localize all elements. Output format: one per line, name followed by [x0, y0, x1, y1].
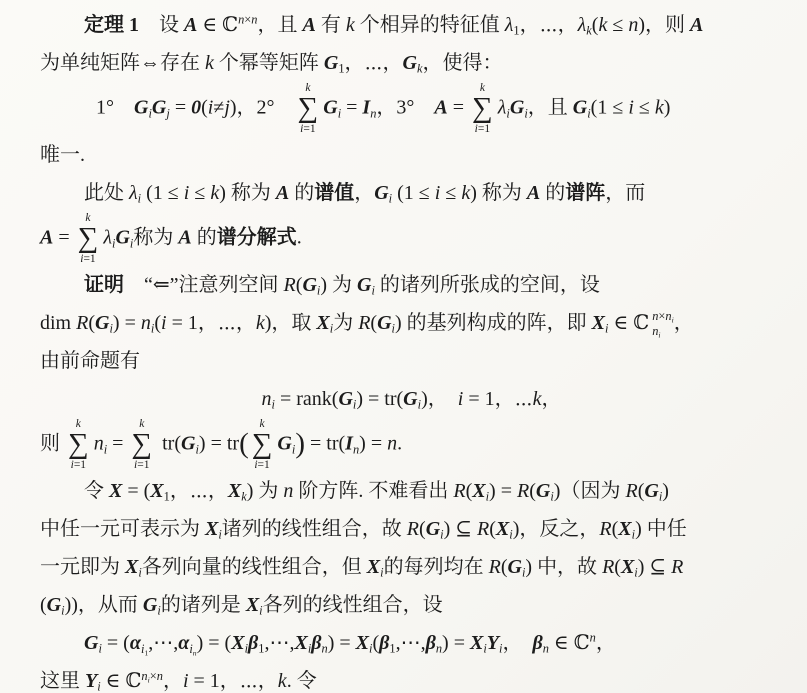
math-matrix-symbol: A [434, 97, 447, 119]
math-matrix-symbol: G [338, 388, 352, 410]
math-variable: λ [578, 14, 587, 36]
text-line: 此处 λi (1 ≤ i ≤ k) 称为 A 的谱值，Gi (1 ≤ i ≤ k… [40, 174, 783, 212]
text-run: 存在 [160, 52, 205, 74]
math-variable: R [625, 480, 637, 502]
math-matrix-symbol: α [130, 632, 141, 654]
math-matrix-symbol: G [426, 518, 440, 540]
math-roman: 1° [96, 97, 134, 119]
text-line: 定理 1 设 A ∈ ℂn×n，且 A 有 k 个相异的特征值 λ1，⋯，λk(… [40, 6, 783, 44]
text-run: ，且 [257, 14, 302, 36]
math-roman: 3° [396, 97, 434, 119]
math-matrix-symbol: X [496, 518, 509, 540]
math-matrix-symbol: A [40, 227, 53, 249]
math-variable: n [628, 14, 638, 36]
math-roman: ( [419, 518, 426, 540]
text-run: ，取 [271, 312, 316, 334]
math-roman: ( [614, 556, 621, 578]
summation-symbol: k∑i=1 [131, 418, 152, 472]
math-variable: n [283, 480, 293, 502]
math-roman: ≤ [440, 182, 461, 204]
math-matrix-symbol: G [573, 97, 587, 119]
math-matrix-symbol: G [143, 594, 157, 616]
math-roman: ) [662, 480, 669, 502]
sigma-glyph: ∑ [298, 95, 319, 123]
math-matrix-symbol: G [84, 632, 98, 654]
math-matrix-symbol: G [510, 97, 524, 119]
sigma-glyph: ∑ [68, 431, 89, 459]
math-matrix-symbol: X [228, 480, 241, 502]
math-roman: =1 [74, 459, 86, 471]
text-run: 为 [333, 312, 358, 334]
math-matrix-symbol: Y [85, 670, 97, 692]
summation-lower-limit: i=1 [475, 123, 490, 136]
math-variable: n [141, 312, 151, 334]
math-variable: n [262, 388, 272, 410]
text-run: 的诸列所张成的空间，设 [375, 274, 600, 296]
text-run: . 令 [287, 670, 317, 692]
math-matrix-symbol: β [426, 632, 436, 654]
math-roman: ) = [113, 312, 141, 334]
text-run: 中，故 [532, 556, 602, 578]
text-run: ， [596, 632, 616, 654]
math-roman: ) = [489, 480, 517, 502]
text-run: ， [541, 388, 561, 410]
text-line: dim R(Gi) = ni(i = 1，⋯，k)，取 Xi为 R(Gi) 的基… [40, 304, 783, 342]
text-line: 唯一. [40, 136, 783, 174]
math-roman: ≠ [213, 97, 224, 119]
big-paren: ( [239, 427, 249, 459]
math-roman: ) = [328, 632, 356, 654]
math-roman: ( [40, 594, 47, 616]
text-run: 的 [289, 182, 314, 204]
text-run: 称为 [231, 182, 276, 204]
bold-text-run: 谱值 [314, 182, 354, 204]
text-run: 的 [192, 227, 217, 249]
math-roman: tr( [157, 433, 181, 455]
sigma-glyph: ∑ [252, 431, 273, 459]
math-roman: =1 [258, 459, 270, 471]
math-roman: ≤ [189, 182, 210, 204]
math-matrix-symbol: G [403, 52, 417, 74]
math-roman: = ( [102, 632, 130, 654]
math-roman: ) [664, 97, 671, 119]
math-matrix-symbol: X [470, 632, 483, 654]
math-matrix-symbol: α [178, 632, 189, 654]
math-roman: ( [154, 312, 161, 334]
text-line: 这里 Yi ∈ ℂni×n，i = 1，⋯，k. 令 [40, 662, 783, 693]
math-variable: R [284, 274, 296, 296]
text-run: 的基列构成的阵，即 [402, 312, 592, 334]
text-run: 此处 [84, 182, 129, 204]
text-run: ，使得： [423, 52, 503, 74]
text-line: 为单纯矩阵⇔存在 k 个幂等矩阵 G1，⋯，Gk，使得： [40, 44, 783, 82]
math-roman: ⇔ [140, 52, 160, 74]
math-matrix-symbol: G [536, 480, 550, 502]
math-roman: ) [421, 388, 428, 410]
math-matrix-symbol: X [294, 632, 307, 654]
text-run: ，从而 [78, 594, 143, 616]
text-run: ，⋯， [198, 312, 256, 334]
text-line: 1° GiGj = 0(i≠j)，2° k∑i=1Gi = In，3° A = … [96, 82, 783, 136]
text-run: 的诸列是 [161, 594, 246, 616]
bold-text-run: 证明 [84, 274, 124, 296]
text-run: 中任 [642, 518, 687, 540]
summation-lower-limit: i=1 [300, 123, 315, 136]
math-roman: = [53, 227, 74, 249]
text-run: ，且 [528, 97, 573, 119]
text-line: 由前命题有 [40, 342, 783, 380]
text-run: （因为 [560, 480, 625, 502]
math-roman: × [150, 669, 157, 683]
math-roman: ) = [442, 632, 470, 654]
text-run: ，⋯， [220, 670, 278, 692]
math-variable: R [358, 312, 370, 334]
math-roman: ∈ ℂ [197, 14, 238, 36]
math-roman: ( [201, 97, 208, 119]
math-roman: ,⋯, [148, 632, 178, 654]
summation-lower-limit: i=1 [134, 459, 149, 472]
math-roman: ,⋯, [396, 632, 426, 654]
math-roman: ≤ [634, 97, 655, 119]
math-variable: k [598, 14, 607, 36]
math-matrix-symbol: X [150, 480, 163, 502]
math-matrix-symbol: G [644, 480, 658, 502]
math-matrix-symbol: G [152, 97, 166, 119]
math-matrix-symbol: X [109, 480, 122, 502]
text-run: 阶方阵. 不难看出 [293, 480, 453, 502]
math-variable: k [655, 97, 664, 119]
math-roman: ) [219, 182, 231, 204]
math-matrix-symbol: A [690, 14, 703, 36]
math-variable: R [602, 556, 614, 578]
text-line: ni = rank(Gi) = tr(Gi)， i = 1，⋯k， [40, 380, 783, 418]
text-run: 称为 [133, 227, 178, 249]
math-matrix-symbol: G [134, 97, 148, 119]
math-roman: ,⋯, [264, 632, 294, 654]
text-run: 由前命题有 [40, 350, 140, 372]
bold-text-run: 谱分解式 [217, 227, 297, 249]
math-roman: )) [65, 594, 78, 616]
big-paren: ) [295, 427, 305, 459]
math-variable: n [387, 433, 397, 455]
math-roman: ≤ [607, 14, 628, 36]
math-variable: n [94, 433, 104, 455]
math-roman: =1 [83, 253, 95, 265]
text-run: ，则 [645, 14, 690, 36]
math-superscript: n×n [238, 13, 257, 27]
math-matrix-symbol: X [356, 632, 369, 654]
text-run: 诸列的线性组合，故 [222, 518, 407, 540]
math-matrix-symbol: X [316, 312, 329, 334]
text-run: 则 [40, 433, 65, 455]
text-line: 一元即为 Xi各列向量的线性组合，但 Xi的每列均在 R(Gi) 中，故 R(X… [40, 548, 783, 586]
math-matrix-symbol: G [115, 227, 129, 249]
summation-lower-limit: i=1 [254, 459, 269, 472]
math-variable: k [205, 52, 214, 74]
math-superscript: ni×n [141, 669, 163, 683]
math-matrix-symbol: β [379, 632, 389, 654]
math-roman: ∈ ℂ [101, 670, 142, 692]
math-roman: = ( [122, 480, 150, 502]
math-roman: (1 ≤ [392, 182, 435, 204]
math-roman: = [341, 97, 362, 119]
math-matrix-symbol: Y [487, 632, 499, 654]
math-roman: ) [638, 14, 645, 36]
math-variable: i [658, 331, 660, 340]
math-matrix-symbol: G [302, 274, 316, 296]
text-run: ， [674, 312, 694, 334]
math-matrix-symbol: G [324, 52, 338, 74]
math-matrix-symbol: β [311, 632, 321, 654]
math-matrix-symbol: I [345, 433, 353, 455]
text-run: ，⋯ [495, 388, 533, 410]
summation-symbol: k∑i=1 [472, 82, 493, 136]
math-variable: R [453, 480, 465, 502]
text-run: 中任一元可表示为 [40, 518, 205, 540]
math-roman: ⇐ [153, 274, 170, 296]
math-variable: λ [103, 227, 112, 249]
math-roman: ( [529, 480, 536, 502]
text-line: (Gi))，从而 Gi的诸列是 Xi各列的线性组合，设 [40, 586, 783, 624]
math-variable: λ [129, 182, 138, 204]
math-matrix-symbol: G [357, 274, 371, 296]
math-roman: ( [88, 312, 95, 334]
math-roman: =1 [478, 123, 490, 135]
text-run: ，而 [605, 182, 645, 204]
text-line: 中任一元可表示为 Xi诸列的线性组合，故 R(Gi) ⊆ R(Xi)，反之，R(… [40, 510, 783, 548]
summation-symbol: k∑i=1 [298, 82, 319, 136]
math-roman: ) ⊆ [444, 518, 477, 540]
math-matrix-symbol: A [178, 227, 191, 249]
math-roman: ) = ( [197, 632, 232, 654]
math-roman: (1 ≤ [141, 182, 184, 204]
math-matrix-symbol: β [532, 632, 542, 654]
math-roman: ) = [359, 433, 387, 455]
math-matrix-symbol: 0 [191, 97, 201, 119]
math-variable: R [489, 556, 501, 578]
math-roman: = 1 [189, 670, 220, 692]
text-run: ”注意列空间 [170, 274, 284, 296]
summation-symbol: k∑i=1 [68, 418, 89, 472]
math-variable: k [210, 182, 219, 204]
bold-text-run: 谱阵 [565, 182, 605, 204]
math-roman: dim [40, 312, 76, 334]
text-line: 证明 “⇐”注意列空间 R(Gi) 为 Gi 的诸列所张成的空间，设 [40, 266, 783, 304]
text-line: 令 X = (X1，⋯，Xk) 为 n 阶方阵. 不难看出 R(Xi) = R(… [40, 472, 783, 510]
math-matrix-symbol: G [403, 388, 417, 410]
math-matrix-symbol: X [367, 556, 380, 578]
text-run: ，⋯， [520, 14, 578, 36]
stack-subscript: ni [652, 324, 660, 340]
math-roman: = rank( [275, 388, 338, 410]
text-run: 的 [540, 182, 565, 204]
math-matrix-symbol: A [184, 14, 197, 36]
text-run: 令 [84, 480, 109, 502]
math-matrix-symbol: G [95, 312, 109, 334]
math-matrix-symbol: β [248, 632, 258, 654]
math-roman: . [397, 433, 402, 455]
math-variable: R [76, 312, 88, 334]
text-run: ，⋯， [345, 52, 403, 74]
text-run: . [297, 227, 302, 249]
math-roman: 2° [257, 97, 295, 119]
math-matrix-symbol: A [527, 182, 540, 204]
math-roman: ) = tr [199, 433, 239, 455]
text-run: 设 [139, 14, 184, 36]
math-roman: (1 ≤ [591, 97, 629, 119]
sigma-glyph: ∑ [472, 95, 493, 123]
sigma-glyph: ∑ [78, 225, 99, 253]
math-matrix-symbol: G [47, 594, 61, 616]
math-matrix-symbol: A [276, 182, 289, 204]
text-run: 个幂等矩阵 [214, 52, 324, 74]
text-line: 则 k∑i=1ni = k∑i=1 tr(Gi) = tr(k∑i=1Gi) =… [40, 418, 783, 472]
text-run: ，反之， [519, 518, 599, 540]
math-roman: ∈ ℂ [608, 312, 649, 334]
text-run: ，⋯， [170, 480, 228, 502]
summation-lower-limit: i=1 [80, 253, 95, 266]
text-run: “ [124, 274, 153, 296]
sigma-glyph: ∑ [131, 431, 152, 459]
math-matrix-symbol: G [377, 312, 391, 334]
text-run: 有 [316, 14, 346, 36]
math-roman: ) [635, 518, 642, 540]
math-variable: k [346, 14, 355, 36]
math-variable: R [407, 518, 419, 540]
math-roman: = [170, 97, 191, 119]
math-matrix-symbol: X [246, 594, 259, 616]
math-roman: ) [320, 274, 327, 296]
math-roman: = [107, 433, 128, 455]
math-variable: R [599, 518, 611, 540]
math-matrix-symbol: G [181, 433, 195, 455]
math-variable: k [461, 182, 470, 204]
text-line: A = k∑i=1λiGi称为 A 的谱分解式. [40, 212, 783, 266]
math-matrix-symbol: X [472, 480, 485, 502]
textbook-page: 定理 1 设 A ∈ ℂn×n，且 A 有 k 个相异的特征值 λ1，⋯，λk(… [0, 0, 807, 693]
text-run: 的每列均在 [384, 556, 489, 578]
math-roman: ) [230, 97, 237, 119]
math-roman: ) = tr( [356, 388, 403, 410]
math-roman: ( [489, 518, 496, 540]
text-run: ， [354, 182, 374, 204]
math-matrix-symbol: X [592, 312, 605, 334]
math-roman: = tr( [305, 433, 345, 455]
math-variable: k [278, 670, 287, 692]
math-roman: ) [395, 312, 402, 334]
math-sup-sub-stack: n×nini [652, 309, 674, 340]
text-run: ， [376, 97, 396, 119]
text-run: ， [237, 97, 257, 119]
math-variable: R [517, 480, 529, 502]
math-roman: ) ⊆ [638, 556, 671, 578]
math-roman: ) [470, 182, 482, 204]
math-matrix-symbol: X [205, 518, 218, 540]
summation-symbol: k∑i=1 [252, 418, 273, 472]
math-roman: =1 [303, 123, 315, 135]
math-roman: = [448, 97, 469, 119]
math-subscript: i [658, 331, 660, 340]
text-run: 个相异的特征值 [355, 14, 505, 36]
math-matrix-symbol: A [302, 14, 315, 36]
math-matrix-symbol: G [374, 182, 388, 204]
text-run: 称为 [482, 182, 527, 204]
math-roman: ∈ ℂ [549, 632, 590, 654]
math-matrix-symbol: X [231, 632, 244, 654]
stack-superscript: n×ni [652, 309, 674, 325]
math-matrix-symbol: G [323, 97, 337, 119]
math-matrix-symbol: X [621, 556, 634, 578]
text-line: Gi = (αi1,⋯,αin) = (Xiβ1,⋯,Xiβn) = Xi(β1… [84, 624, 783, 662]
text-run: 各列向量的线性组合，但 [142, 556, 367, 578]
math-roman: = 1 [463, 388, 494, 410]
text-run: ， [428, 388, 458, 410]
text-run: 一元即为 [40, 556, 125, 578]
text-run: 为 [253, 480, 283, 502]
summation-symbol: k∑i=1 [78, 212, 99, 266]
text-run: 为单纯矩阵 [40, 52, 140, 74]
text-run: ， [163, 670, 183, 692]
summation-lower-limit: i=1 [71, 459, 86, 472]
text-run: 这里 [40, 670, 85, 692]
math-variable: R [477, 518, 489, 540]
math-matrix-symbol: X [125, 556, 138, 578]
math-matrix-symbol: G [507, 556, 521, 578]
math-variable: k [256, 312, 265, 334]
text-run: ， [502, 632, 532, 654]
text-run: 为 [327, 274, 357, 296]
math-subscript: in [189, 642, 196, 656]
math-roman: =1 [137, 459, 149, 471]
math-variable: R [671, 556, 683, 578]
math-matrix-symbol: X [618, 518, 631, 540]
math-matrix-symbol: G [277, 433, 291, 455]
math-roman: = 1 [167, 312, 198, 334]
bold-text-run: 定理 1 [84, 14, 139, 36]
text-run: 唯一. [40, 144, 85, 166]
text-run: 各列的线性组合，设 [263, 594, 443, 616]
